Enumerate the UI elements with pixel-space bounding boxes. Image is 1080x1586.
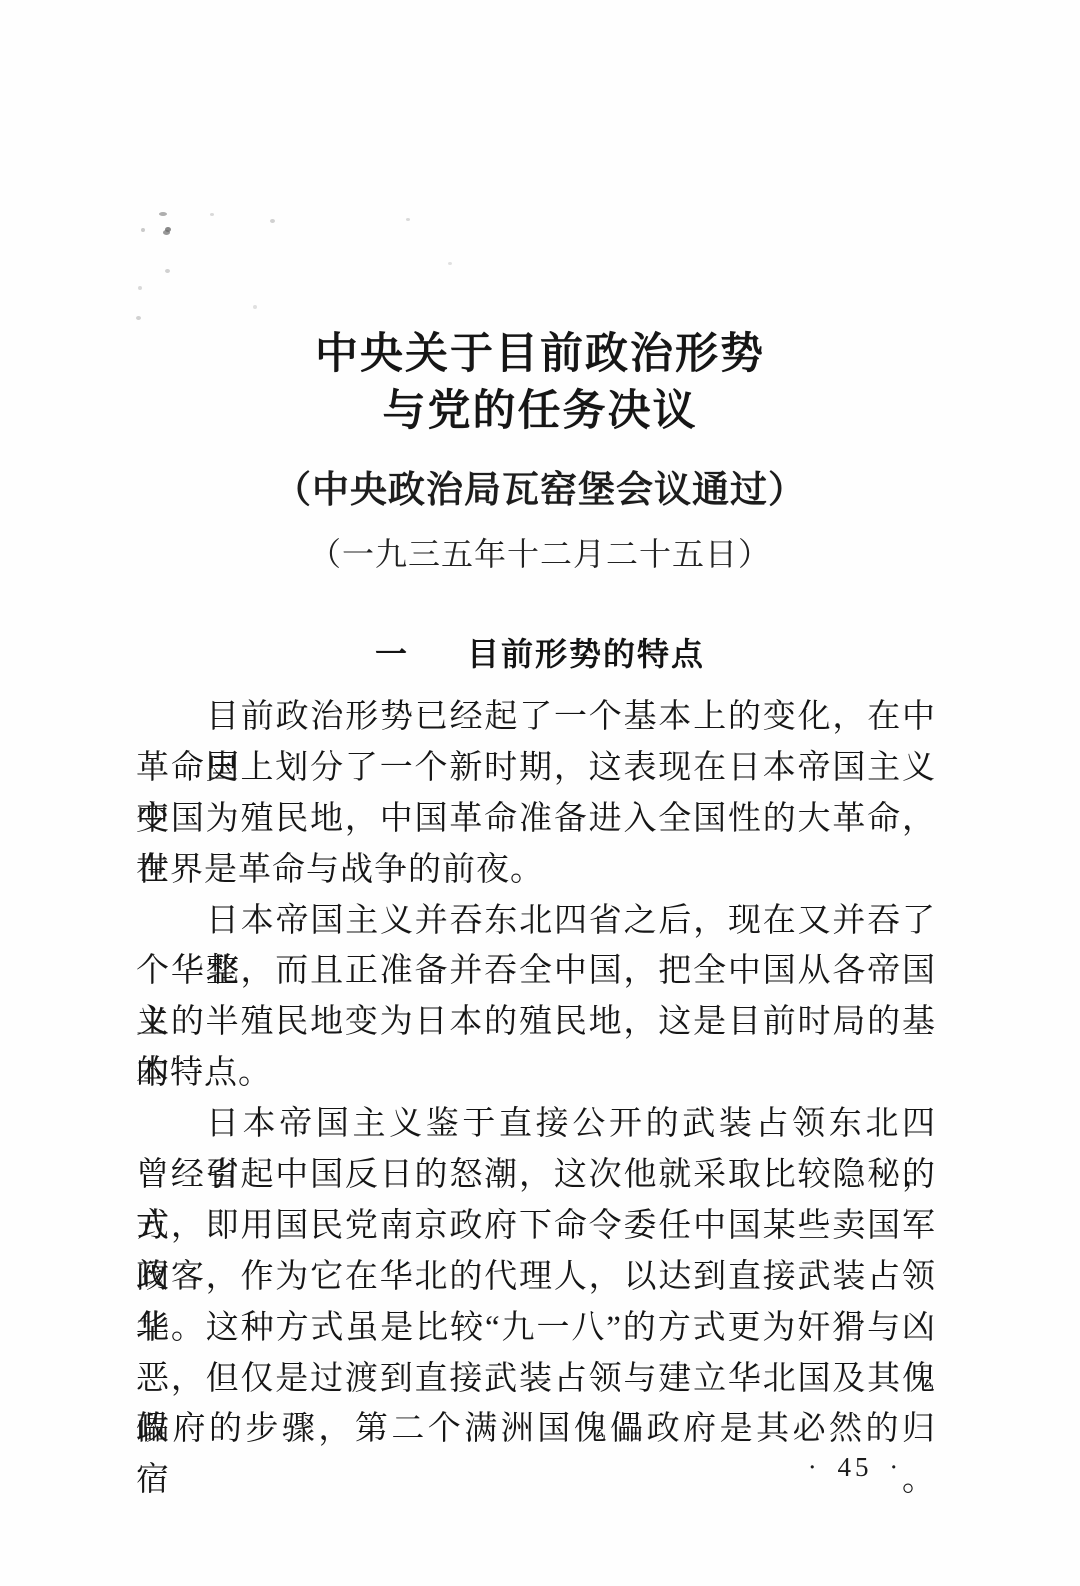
body-line: 世界是革命与战争的前夜。 xyxy=(136,845,936,896)
document-subtitle: （中央政治局瓦窑堡会议通过） xyxy=(0,459,1080,513)
scan-speckle xyxy=(136,316,141,320)
section-number: 一 xyxy=(375,636,409,672)
section-title: 目前形势的特点 xyxy=(467,636,705,672)
body-line: 日本帝国主义并吞东北四省之后，现在又并吞了整 xyxy=(136,896,936,947)
body-line: 目前政治形势已经起了一个基本上的变化，在中国 xyxy=(136,692,936,743)
body-line: 革命史上划分了一个新时期，这表现在日本帝国主义变 xyxy=(136,743,936,794)
scan-speckle xyxy=(270,219,275,223)
body-line: 义的半殖民地变为日本的殖民地，这是目前时局的基本 xyxy=(136,997,936,1048)
page-number: · 45 · xyxy=(800,1452,910,1483)
body-line: 恶，但仅是过渡到直接武装占领与建立华北国及其傀儡 xyxy=(136,1354,936,1405)
document-title-line-2: 与党的任务决议 xyxy=(0,383,1080,440)
body-line: 中国为殖民地，中国革命准备进入全国性的大革命，在 xyxy=(136,794,936,845)
scan-speckle xyxy=(253,305,257,309)
body-line: 政客，作为它在华北的代理人，以达到直接武装占领华 xyxy=(136,1252,936,1303)
scan-speckle xyxy=(141,228,145,232)
document-title: 中央关于目前政治形势 与党的任务决议 xyxy=(0,326,1080,440)
body-line: 式，即用国民党南京政府下命令委任中国某些卖国军阀 xyxy=(136,1201,936,1252)
paragraph-3: 日本帝国主义鉴于直接公开的武装占领东北四省， 曾经引起中国反日的怒潮，这次他就采… xyxy=(136,1099,936,1455)
scan-speckle xyxy=(448,262,452,265)
body-line: 的特点。 xyxy=(136,1048,936,1099)
section-heading: 一目前形势的特点 xyxy=(0,629,1080,675)
body-line: 政府的步骤，第二个满洲国傀儡政府是其必然的归宿。 xyxy=(136,1404,936,1455)
document-date: （一九三五年十二月二十五日） xyxy=(0,529,1080,575)
scan-speckle xyxy=(165,269,170,273)
body-line: 个华北，而且正准备并吞全中国，把全中国从各帝国主 xyxy=(136,946,936,997)
scan-speckle xyxy=(210,213,214,216)
scan-speckle xyxy=(138,286,142,290)
scan-speckle xyxy=(163,230,170,235)
scanned-book-page: 中央关于目前政治形势 与党的任务决议 （中央政治局瓦窑堡会议通过） （一九三五年… xyxy=(0,0,1080,1586)
scan-speckle xyxy=(406,218,410,221)
body-text: 目前政治形势已经起了一个基本上的变化，在中国 革命史上划分了一个新时期，这表现在… xyxy=(136,692,936,1455)
document-title-line-1: 中央关于目前政治形势 xyxy=(0,326,1080,383)
paragraph-2: 日本帝国主义并吞东北四省之后，现在又并吞了整 个华北，而且正准备并吞全中国，把全… xyxy=(136,896,936,1100)
paragraph-1: 目前政治形势已经起了一个基本上的变化，在中国 革命史上划分了一个新时期，这表现在… xyxy=(136,692,936,896)
body-line: 曾经引起中国反日的怒潮，这次他就采取比较隐秘的方 xyxy=(136,1150,936,1201)
body-line: 北。这种方式虽是比较“九一八”的方式更为奸猾与凶 xyxy=(136,1303,936,1354)
body-line: 日本帝国主义鉴于直接公开的武装占领东北四省， xyxy=(136,1099,936,1150)
scan-speckle xyxy=(159,212,167,216)
